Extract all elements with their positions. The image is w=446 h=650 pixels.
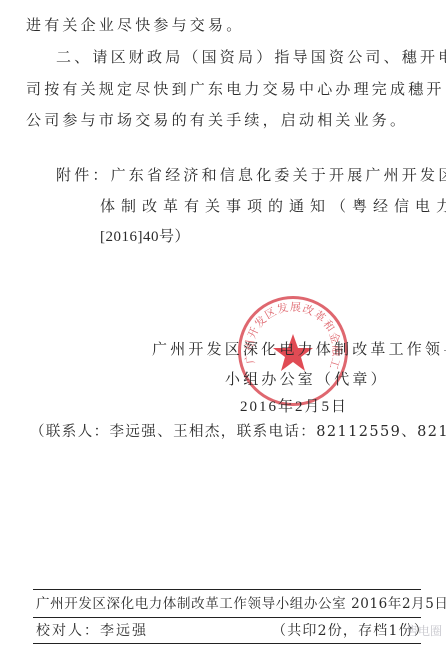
signature-org-line-1: 广州开发区深化电力体制改革工作领导 <box>152 340 446 358</box>
attachment-line-3: [2016]40号） <box>100 228 190 246</box>
watermark: 售电圈 <box>406 622 442 639</box>
footer-bottom-rule <box>33 643 421 644</box>
paragraph-two-line-3: 公司参与市场交易的有关手续，启动相关业务。 <box>26 111 408 129</box>
signature-date: 2016年2月5日 <box>240 398 348 416</box>
attachment-line-1: 附件：广东省经济和信息化委关于开展广州开发区售电 <box>56 166 446 184</box>
attachment-line-2: 体制改革有关事项的通知（粤经信电力函 <box>100 197 446 215</box>
signature-org-line-2: 小组办公室（代章） <box>225 370 389 388</box>
contact-info: （联系人：李远强、王相杰，联系电话：82112559、82118205） <box>30 423 446 441</box>
paragraph-two-line-1: 二、请区财政局（国资局）指导国资公司、穗开电业公 <box>56 48 446 66</box>
footer-middle-rule <box>33 617 421 618</box>
paragraph-continuation: 进有关企业尽快参与交易。 <box>26 16 244 34</box>
paragraph-two-line-2: 司按有关规定尽快到广东电力交易中心办理完成穗开电业 <box>26 80 446 98</box>
footer-top-rule <box>33 589 421 590</box>
footer-proofreader: 校对人：李远强 <box>36 623 148 639</box>
svg-text:广州开发区发展改革和金融工作局: 广州开发区发展改革和金融工作局 <box>238 296 344 372</box>
footer-issued-by: 广州开发区深化电力体制改革工作领导小组办公室 2016年2月5日印发 <box>36 596 446 612</box>
